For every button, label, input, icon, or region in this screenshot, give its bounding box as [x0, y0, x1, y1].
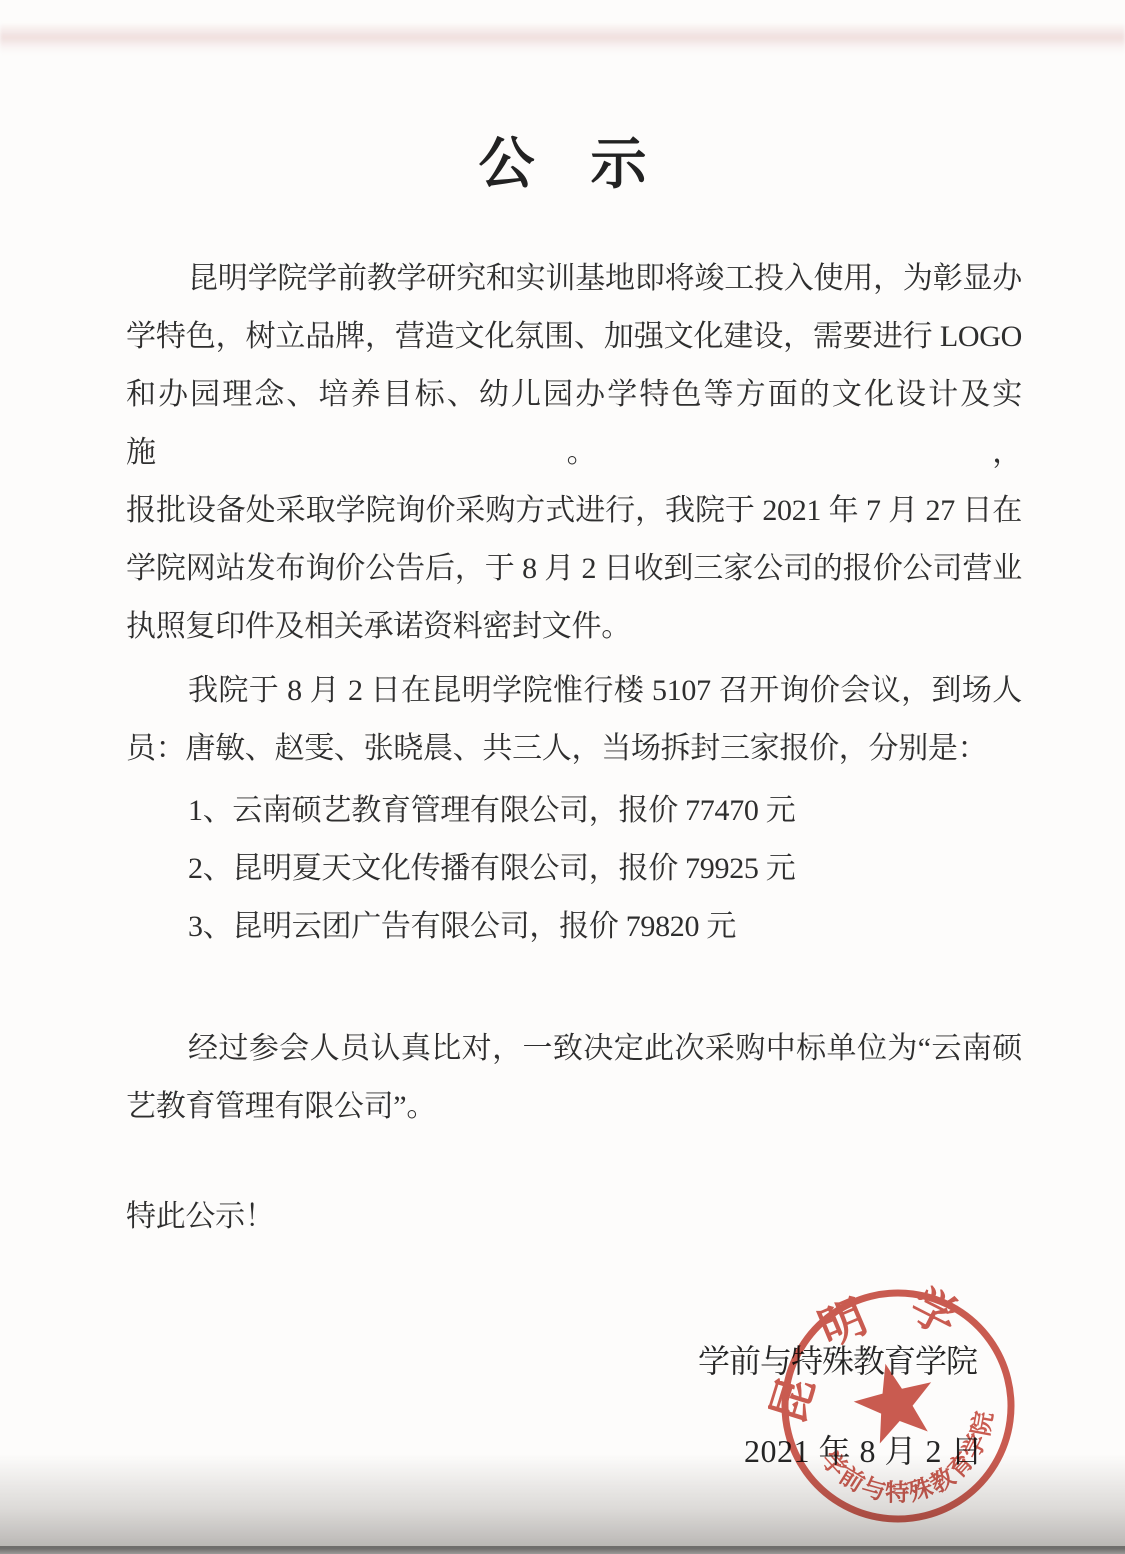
seal-star-icon: [847, 1354, 943, 1447]
official-seal-stamp: 昆明学院 学前与特殊教育学院: [768, 1274, 1030, 1546]
bid-list: 1、云南硕艺教育管理有限公司，报价 77470 元 2、昆明夏天文化传播有限公司…: [126, 782, 1022, 956]
document-title: 公 示: [0, 120, 1125, 200]
bid-item-1: 1、云南硕艺教育管理有限公司，报价 77470 元: [126, 782, 1022, 840]
bid-item-3: 3、昆明云团广告有限公司，报价 79820 元: [126, 898, 1022, 956]
scan-artifact-bottom-edge: [0, 1546, 1125, 1554]
scan-artifact-top-band: [0, 24, 1125, 54]
closing-statement: 特此公示！: [126, 1188, 1022, 1246]
paragraph-line: 我院于 8 月 2 日在昆明学院惟行楼 5107 召开询价会议，到场人: [126, 662, 1022, 720]
paragraph-line: 昆明学院学前教学研究和实训基地即将竣工投入使用，为彰显办: [126, 250, 1022, 308]
paragraph-line: 学院网站发布询价公告后，于 8 月 2 日收到三家公司的报价公司营业: [126, 540, 1022, 598]
paragraph-2: 我院于 8 月 2 日在昆明学院惟行楼 5107 召开询价会议，到场人 员：唐敏…: [126, 662, 1022, 778]
paragraph-line: 报批设备处采取学院询价采购方式进行，我院于 2021 年 7 月 27 日在: [126, 482, 1022, 540]
scanned-document-page: 公 示 昆明学院学前教学研究和实训基地即将竣工投入使用，为彰显办 学特色，树立品…: [0, 0, 1125, 1554]
paragraph-line: 员：唐敏、赵雯、张晓晨、共三人，当场拆封三家报价，分别是：: [126, 720, 1022, 778]
paragraph-line: 学特色，树立品牌，营造文化氛围、加强文化建设，需要进行 LOGO: [126, 308, 1022, 366]
paragraph-1: 昆明学院学前教学研究和实训基地即将竣工投入使用，为彰显办 学特色，树立品牌，营造…: [126, 250, 1022, 656]
paragraph-line: 和办园理念、培养目标、幼儿园办学特色等方面的文化设计及实施。，: [126, 366, 1022, 482]
paragraph-line: 艺教育管理有限公司”。: [126, 1078, 1022, 1136]
paragraph-line: 执照复印件及相关承诺资料密封文件。: [126, 598, 1022, 656]
bid-item-2: 2、昆明夏天文化传播有限公司，报价 79925 元: [126, 840, 1022, 898]
decision-paragraph: 经过参会人员认真比对，一致决定此次采购中标单位为“云南硕 艺教育管理有限公司”。: [126, 1020, 1022, 1136]
document-body: 昆明学院学前教学研究和实训基地即将竣工投入使用，为彰显办 学特色，树立品牌，营造…: [126, 250, 1022, 1246]
paragraph-line: 经过参会人员认真比对，一致决定此次采购中标单位为“云南硕: [126, 1020, 1022, 1078]
